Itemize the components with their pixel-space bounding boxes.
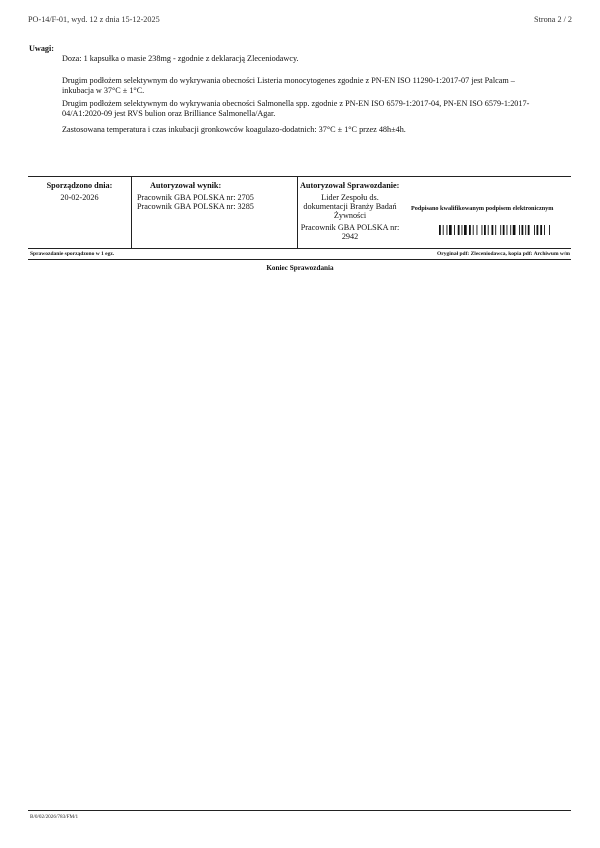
- authorized-report-worker: Pracownik GBA POLSKA nr: 2942: [298, 223, 402, 241]
- signature-table: Sporządzono dnia: 20-02-2026 Autoryzował…: [28, 176, 571, 249]
- authorized-report-label: Autoryzował Sprawozdanie:: [298, 181, 402, 190]
- prepared-label: Sporządzono dnia:: [28, 181, 131, 190]
- barcode-icon: [439, 225, 589, 235]
- form-id: PO-14/F-01, wyd. 12 z dnia 15-12-2025: [28, 15, 160, 24]
- prepared-date: 20-02-2026: [28, 193, 131, 202]
- footer-divider: [28, 810, 571, 811]
- page-number: Strona 2 / 2: [534, 15, 572, 24]
- remarks-label: Uwagi:: [29, 44, 54, 53]
- end-of-report: Koniec Sprawozdania: [0, 264, 600, 272]
- prepared-cell: Sporządzono dnia: 20-02-2026: [28, 177, 132, 248]
- authorized-report-role: Lider Zespołu ds. dokumentacji Branży Ba…: [298, 193, 402, 220]
- copies-distribution: Oryginał pdf: Zleceniodawca, kopia pdf: …: [437, 251, 570, 257]
- authorized-report-cell: Autoryzował Sprawozdanie: Lider Zespołu …: [298, 177, 402, 248]
- e-signature-text: Podpisano kwalifikowanym podpisem elektr…: [411, 205, 553, 212]
- copies-count: Sprawozdanie sporządzono w 1 egz.: [30, 251, 114, 257]
- authorized-result-worker: Pracownik GBA POLSKA nr: 2705: [137, 193, 297, 202]
- remark-dose: Doza: 1 kapsułka o masie 238mg - zgodnie…: [62, 54, 540, 64]
- authorized-result-label: Autoryzował wynik:: [150, 181, 297, 190]
- report-id: B/0/02/2026/783/FM/1: [30, 814, 78, 820]
- authorized-result-cell: Autoryzował wynik: Pracownik GBA POLSKA …: [132, 177, 298, 248]
- remark-salmonella: Drugim podłożem selektywnym do wykrywani…: [62, 99, 540, 119]
- remark-staphylococcus: Zastosowana temperatura i czas inkubacji…: [62, 125, 540, 135]
- remark-listeria: Drugim podłożem selektywnym do wykrywani…: [62, 76, 540, 96]
- authorized-result-worker: Pracownik GBA POLSKA nr: 3285: [137, 202, 297, 211]
- divider: [28, 259, 571, 260]
- e-signature-cell: Podpisano kwalifikowanym podpisem elektr…: [403, 177, 571, 248]
